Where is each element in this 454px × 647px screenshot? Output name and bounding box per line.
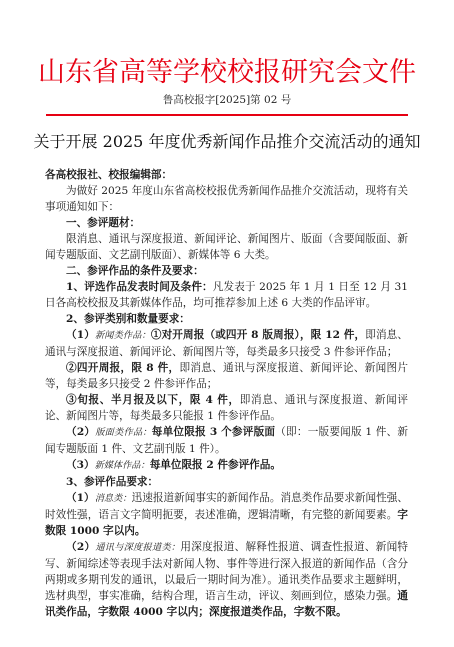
sub-1-c-bold: ③旬报、半月报及以下，限 4 件， [66, 394, 240, 406]
section-1-heading: 一、参评题材： [45, 215, 408, 231]
category-label: 版面类作品： [95, 427, 152, 438]
notice-body: 各高校报社、校报编辑部： 为做好 2025 年度山东省高校校报优秀新闻作品推介交… [45, 167, 408, 620]
sub-3-bold: 每单位限报 2 件参评作品。 [150, 459, 281, 471]
sub-2-bold: 每单位限报 3 个参评版面 [152, 426, 275, 438]
category-label: 消息类： [95, 493, 132, 504]
item-2-sub-2: （2）版面类作品：每单位限报 3 个参评版面（即：一版要闻版 1 件、新闻专题版… [45, 424, 408, 457]
item-2-label: 2、参评类别和数量要求： [45, 311, 408, 327]
category-label: 通讯与深度报道类： [95, 542, 180, 553]
item-2-sub-1-c: ③旬报、半月报及以下，限 4 件，即消息、通讯与深度报道、新闻评论、新闻图片等，… [45, 392, 408, 424]
sub-number: （1） [66, 329, 95, 341]
item-3-label: 3、参评作品要求： [45, 474, 408, 490]
sub-number: （1） [66, 492, 95, 504]
item-3-sub-1: （1）消息类：迅速报道新闻事实的新闻作品。消息类作品要求新闻性强、时效性强，语言… [45, 490, 408, 539]
salutation: 各高校报社、校报编辑部： [45, 167, 408, 183]
sub-1-a-bold: ①对开周报（或四开 8 版周报），限 12 件， [151, 329, 365, 341]
item-1-label: 1、评选作品发表时间及条件： [66, 281, 213, 293]
red-divider-rule [46, 114, 408, 116]
org-title: 山东省高等学校校报研究会文件 [0, 55, 454, 91]
sub-number: （2） [66, 426, 95, 438]
category-label: 新媒体作品： [95, 460, 150, 471]
intro-paragraph: 为做好 2025 年度山东省高校校报优秀新闻作品推介交流活动，现将有关事项通知如… [45, 183, 408, 215]
item-3-sub-2: （2）通讯与深度报道类：用深度报道、解释性报道、调查性报道、新闻特写、新闻综述等… [45, 539, 408, 620]
sub-number: （2） [66, 541, 95, 553]
category-label: 新闻类作品： [95, 330, 151, 341]
document-page: 山东省高等学校校报研究会文件 鲁高校报字[2025]第 02 号 关于开展 20… [0, 0, 454, 647]
item-2-sub-1-b: ②四开周报，限 8 件，即消息、通讯与深度报道、新闻评论、新闻图片等，每类最多只… [45, 360, 408, 392]
item-2-sub-1-a: （1）新闻类作品：①对开周报（或四开 8 版周报），限 12 件，即消息、通讯与… [45, 327, 408, 360]
item-1-paragraph: 1、评选作品发表时间及条件：凡发表于 2025 年 1 月 1 日至 12 月 … [45, 279, 408, 311]
section-2-heading: 二、参评作品的条件及要求： [45, 263, 408, 279]
sub-number: （3） [66, 459, 95, 471]
notice-title: 关于开展 2025 年度优秀新闻作品推介交流活动的通知 [0, 131, 454, 153]
document-number: 鲁高校报字[2025]第 02 号 [0, 93, 454, 107]
section-1-text: 限消息、通讯与深度报道、新闻评论、新闻图片、版面（含要闻版面、新闻专题版面、文艺… [45, 231, 408, 263]
sub-1-b-bold: ②四开周报，限 8 件， [66, 362, 179, 374]
item-2-sub-3: （3）新媒体作品：每单位限报 2 件参评作品。 [45, 457, 408, 474]
